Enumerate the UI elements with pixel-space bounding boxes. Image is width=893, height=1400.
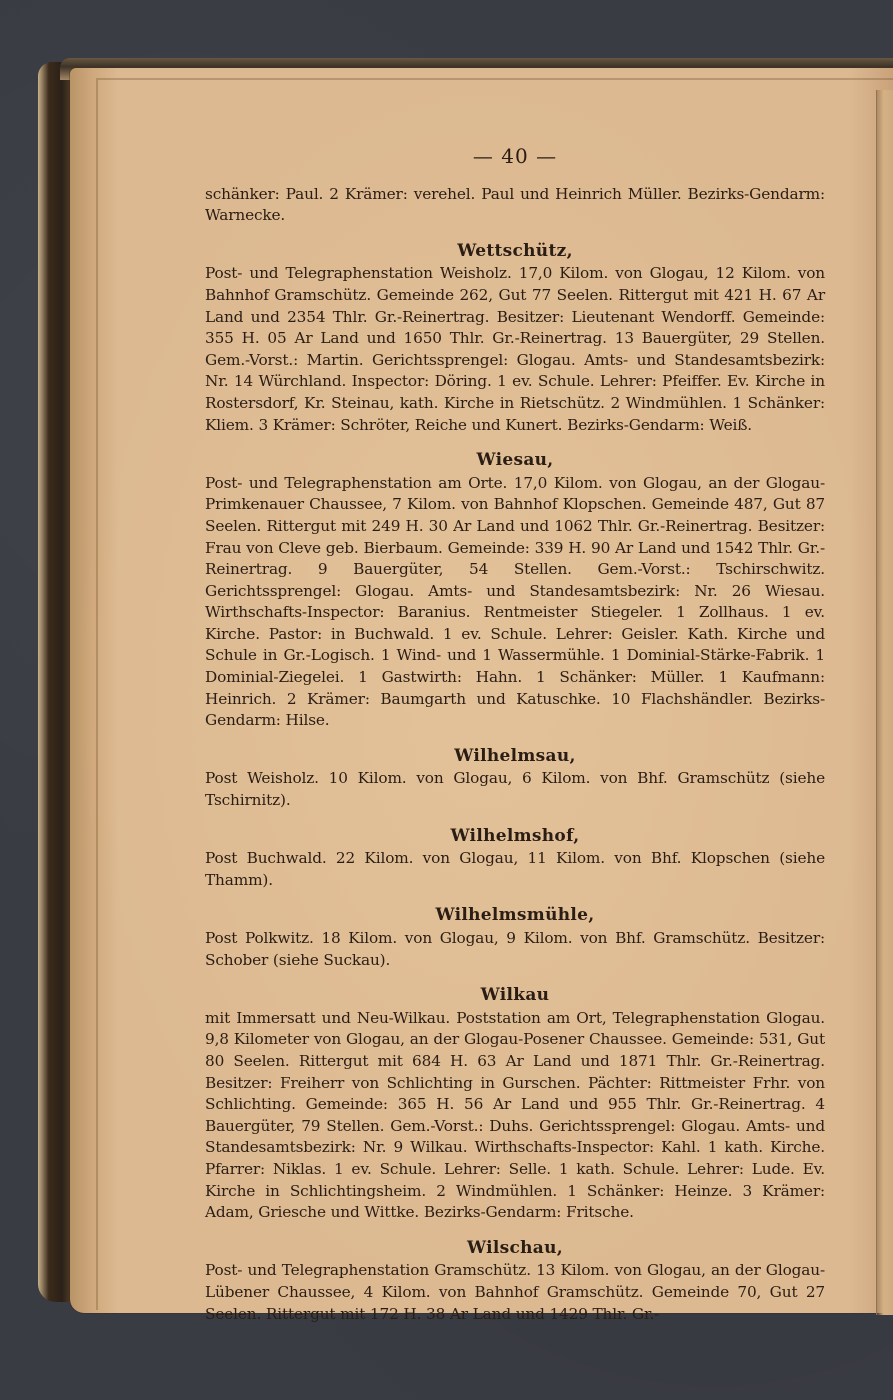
entry-wilhelmshof: Wilhelmshof, Post Buchwald. 22 Kilom. vo… — [205, 826, 825, 892]
entry-wilkau: Wilkau mit Immersatt und Neu-Wilkau. Pos… — [205, 985, 825, 1224]
entry-title: Wilschau, — [205, 1238, 825, 1260]
entry-title: Wilhelmsmühle, — [205, 905, 825, 927]
entry-title: Wiesau, — [205, 450, 825, 472]
entry-body: mit Immersatt und Neu-Wilkau. Poststatio… — [205, 1008, 825, 1224]
entry-title: Wilhelmshof, — [205, 826, 825, 848]
page-right-edge — [876, 90, 893, 1315]
entry-wettschuetz: Wettschütz, Post- und Telegraphenstation… — [205, 241, 825, 436]
entry-title: Wilhelmsau, — [205, 746, 825, 768]
entry-wilhelmsau: Wilhelmsau, Post Weisholz. 10 Kilom. von… — [205, 746, 825, 812]
entry-wilschau: Wilschau, Post- und Telegraphenstation G… — [205, 1238, 825, 1325]
page-text: — 40 — schänker: Paul. 2 Krämer: verehel… — [205, 140, 825, 1325]
entry-body: Post Polkwitz. 18 Kilom. von Glogau, 9 K… — [205, 928, 825, 971]
entry-title: Wilkau — [205, 985, 825, 1007]
entry-body: Post- und Telegraphenstation Gramschütz.… — [205, 1260, 825, 1325]
entry-wiesau: Wiesau, Post- und Telegraphenstation am … — [205, 450, 825, 732]
entry-body: Post- und Telegraphenstation am Orte. 17… — [205, 473, 825, 732]
entry-wilhelmsmuehle: Wilhelmsmühle, Post Polkwitz. 18 Kilom. … — [205, 905, 825, 971]
entry-body: Post- und Telegraphenstation Weisholz. 1… — [205, 263, 825, 436]
continuation-paragraph: schänker: Paul. 2 Krämer: verehel. Paul … — [205, 184, 825, 227]
entry-title: Wettschütz, — [205, 241, 825, 263]
entry-body: Post Buchwald. 22 Kilom. von Glogau, 11 … — [205, 848, 825, 891]
page-number: — 40 — — [205, 146, 825, 168]
entry-body: Post Weisholz. 10 Kilom. von Glogau, 6 K… — [205, 768, 825, 811]
